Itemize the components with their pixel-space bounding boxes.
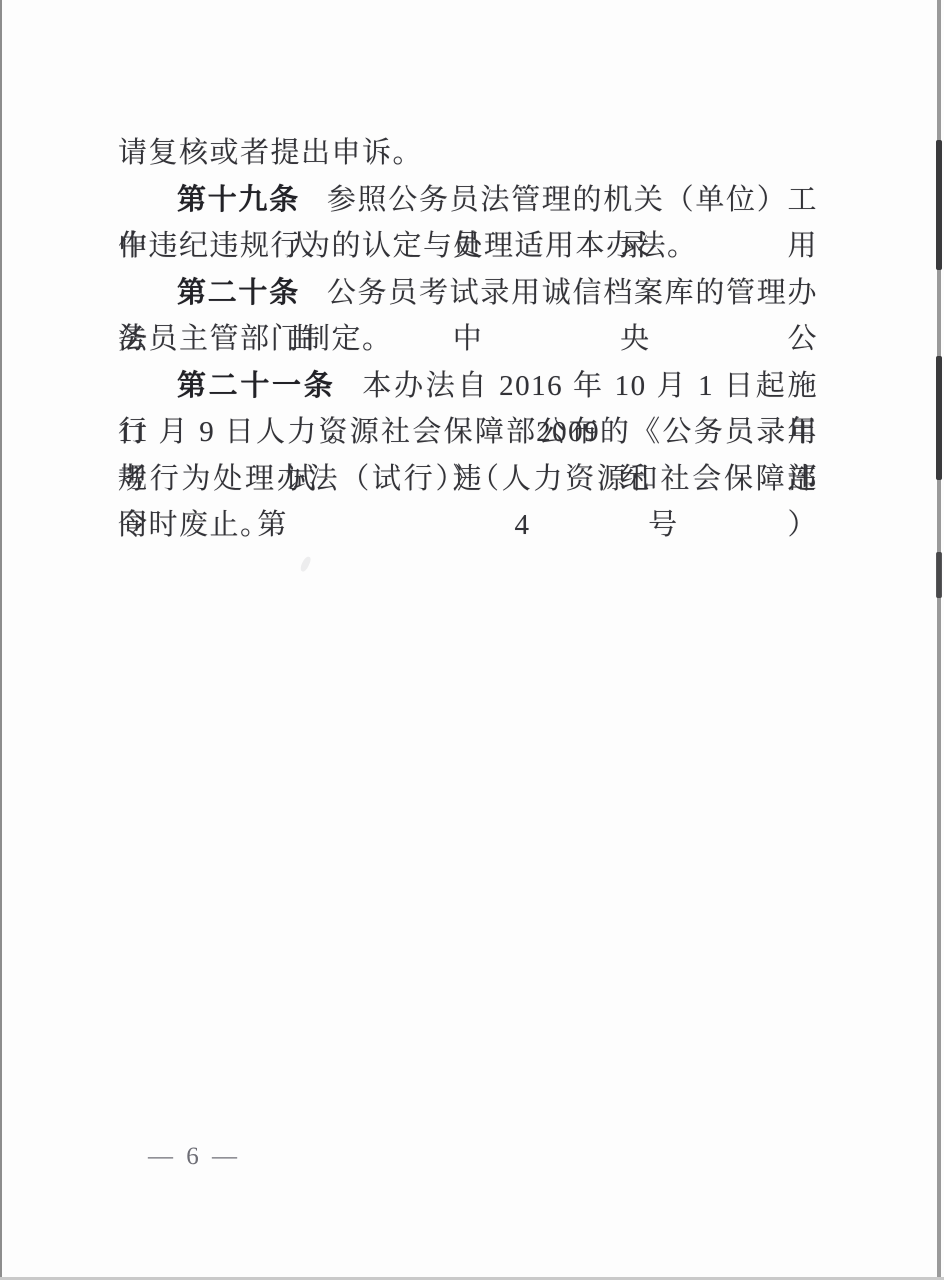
scan-edge-left bbox=[0, 0, 2, 1280]
document-page: 请复核或者提出申诉。第十九条参照公务员法管理的机关（单位）工作人员录用中违纪违规… bbox=[0, 0, 944, 1280]
document-text: 请复核或者提出申诉。第十九条参照公务员法管理的机关（单位）工作人员录用中违纪违规… bbox=[118, 130, 818, 549]
scan-edge-mark bbox=[936, 356, 942, 480]
line-text: 中违纪违规行为的认定与处理适用本办法。 bbox=[118, 230, 698, 262]
text-line: 11 月 9 日人力资源社会保障部公布的《公务员录用考试违纪违 bbox=[118, 409, 818, 456]
line-text: 请复核或者提出申诉。 bbox=[118, 137, 423, 169]
text-line: 第十九条参照公务员法管理的机关（单位）工作人员录用 bbox=[118, 177, 818, 224]
text-line: 规行为处理办法（试行）》（人力资源和社会保障部令第 4 号） bbox=[118, 456, 818, 503]
article-number: 第二十一条 bbox=[177, 370, 335, 402]
page-number: — 6 — bbox=[148, 1134, 238, 1180]
article-number: 第二十条 bbox=[177, 277, 300, 309]
scan-edge-mark bbox=[936, 552, 942, 598]
text-line: 请复核或者提出申诉。 bbox=[118, 130, 818, 177]
text-line: 第二十条公务员考试录用诚信档案库的管理办法由中央公 bbox=[118, 270, 818, 317]
text-line: 第二十一条本办法自 2016 年 10 月 1 日起施行。2009 年 bbox=[118, 363, 818, 410]
article-number: 第十九条 bbox=[177, 184, 300, 216]
line-text: 务员主管部门制定。 bbox=[118, 323, 393, 355]
scan-smudge bbox=[299, 555, 312, 572]
scan-edge-mark bbox=[936, 140, 942, 270]
line-text: 同时废止。 bbox=[118, 509, 271, 541]
